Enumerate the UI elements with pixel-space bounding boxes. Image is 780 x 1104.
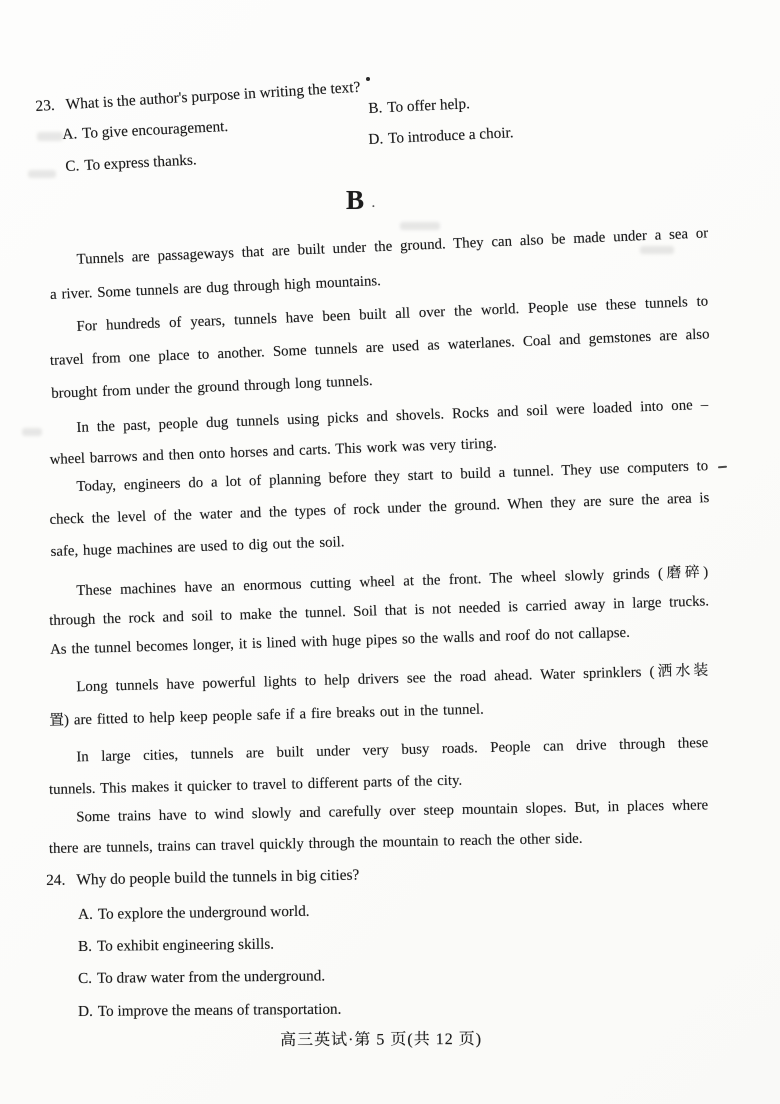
section-heading-period: . <box>372 195 376 211</box>
option-text: To offer help. <box>387 95 470 116</box>
question-23-number: 23. <box>35 97 55 115</box>
option-23-b: B.To offer help. <box>368 95 470 118</box>
passage-paragraph-6: Long tunnels have powerful lights to hel… <box>48 655 710 738</box>
option-label: D. <box>78 1003 93 1020</box>
option-label: D. <box>368 130 384 148</box>
option-text: To express thanks. <box>84 151 197 174</box>
question-23-stem: 23.What is the author's purpose in writi… <box>35 79 361 116</box>
passage-paragraph-8: Some trains have to wind slowly and care… <box>48 790 709 865</box>
ink-bleed-mark <box>640 246 674 254</box>
option-24-d: D.To improve the means of transportation… <box>78 1001 341 1021</box>
option-label: B. <box>78 938 92 955</box>
question-24-stem: 24.Why do people build the tunnels in bi… <box>46 867 359 890</box>
scan-dash-artifact <box>718 466 727 469</box>
option-text: To draw water from the underground. <box>97 967 325 986</box>
exam-page-scan: 23.What is the author's purpose in writi… <box>0 0 780 1104</box>
section-letter: B <box>346 185 365 215</box>
option-text: To introduce a choir. <box>388 124 514 147</box>
ink-bleed-mark <box>400 222 440 230</box>
question-24-number: 24. <box>46 872 66 889</box>
ink-bleed-mark <box>22 428 42 436</box>
passage-paragraph-5: These machines have an enormous cutting … <box>48 558 710 665</box>
option-label: C. <box>65 157 80 175</box>
question-23-text: What is the author's purpose in writing … <box>65 79 361 113</box>
option-label: C. <box>78 970 92 987</box>
ink-bleed-mark <box>28 170 56 178</box>
option-text: To improve the means of transportation. <box>98 1001 342 1020</box>
passage-paragraph-4: Today, engineers do a lot of planning be… <box>48 450 711 568</box>
option-text: To explore the underground world. <box>98 903 310 923</box>
option-text: To give encouragement. <box>82 118 229 142</box>
option-23-d: D.To introduce a choir. <box>368 124 514 149</box>
question-24-text: Why do people build the tunnels in big c… <box>76 867 359 889</box>
option-24-a: A.To explore the underground world. <box>78 903 310 924</box>
option-24-c: C.To draw water from the underground. <box>78 967 325 988</box>
option-label: B. <box>368 99 383 117</box>
ink-bleed-mark <box>37 132 63 141</box>
option-24-b: B.To exhibit engineering skills. <box>78 936 274 956</box>
option-label: A. <box>78 906 93 923</box>
option-text: To exhibit engineering skills. <box>97 936 274 955</box>
option-23-a: A.To give encouragement. <box>62 118 229 144</box>
section-b-heading: B. <box>346 185 376 216</box>
option-23-c: C.To express thanks. <box>65 151 197 176</box>
page-footer: 高三英试·第 5 页(共 12 页) <box>280 1026 482 1050</box>
scan-speck <box>366 77 370 81</box>
option-label: A. <box>62 125 78 143</box>
